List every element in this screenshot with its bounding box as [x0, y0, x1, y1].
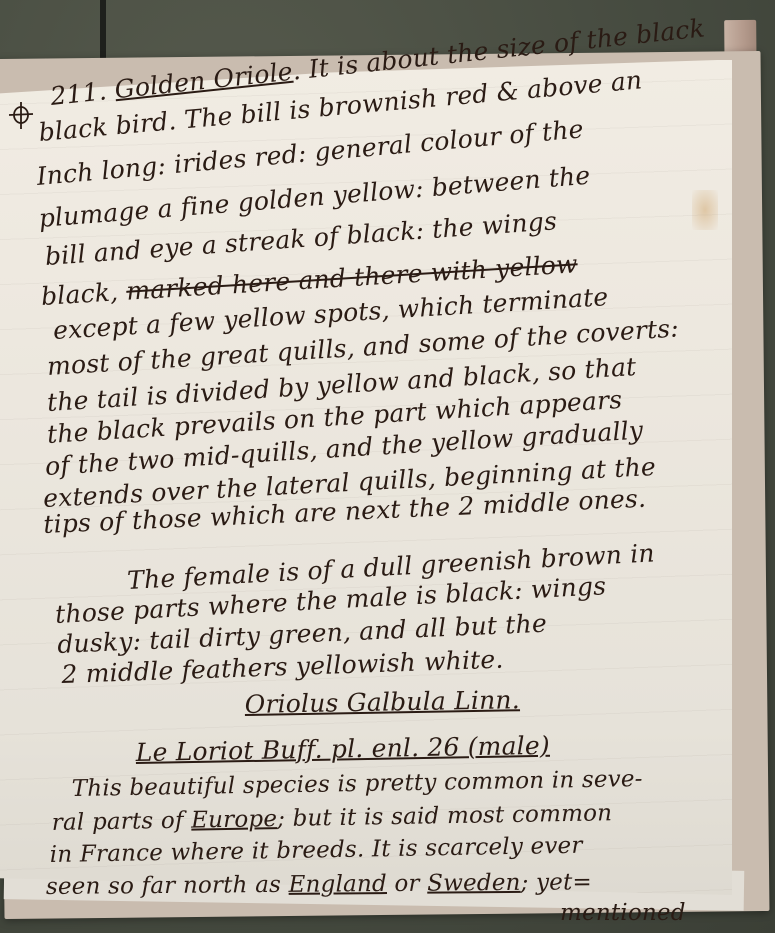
catchword: mentioned — [560, 900, 686, 926]
underlined-word: England — [288, 871, 387, 898]
entry-number: 211. — [49, 76, 108, 111]
manuscript-line: seen so far north as England or Sweden; … — [46, 869, 592, 900]
underlined-word: Europe — [191, 806, 277, 833]
paper-stain — [692, 190, 718, 230]
latin-name: Oriolus Galbula Linn. — [244, 685, 520, 719]
circle-cross-margin-mark-icon — [8, 100, 34, 130]
underlined-word: Sweden — [427, 870, 521, 897]
